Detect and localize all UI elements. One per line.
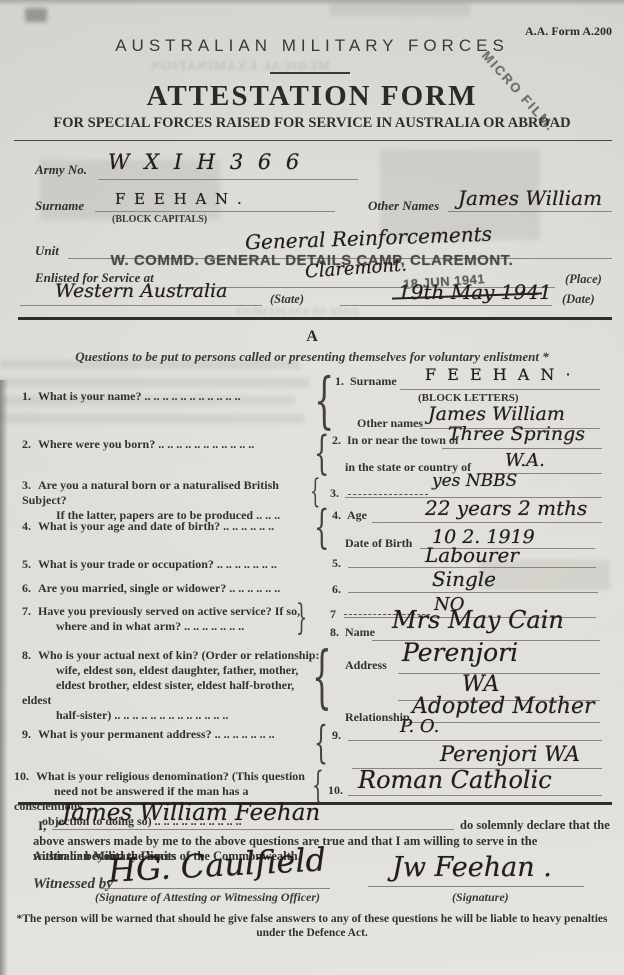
a3-number: 3. — [330, 486, 339, 501]
a10-value: Roman Catholic — [358, 766, 552, 794]
other-names-line — [448, 211, 612, 212]
title-divider — [270, 72, 350, 74]
recruit-signature-caption: (Signature) — [452, 890, 509, 905]
recruit-signature-line — [368, 886, 584, 887]
q3-number: 3. — [22, 478, 31, 492]
state-value: Western Australia — [55, 280, 227, 302]
q6-number: 6. — [22, 581, 31, 595]
question-9: 9. What is your permanent address? .. ..… — [22, 727, 312, 742]
footnote-line2: under the Defence Act. — [0, 926, 624, 941]
q8-number: 8. — [22, 648, 31, 662]
a8-address-value: Perenjori — [402, 638, 518, 667]
bleedthrough-blur — [0, 414, 305, 423]
a9-line1 — [348, 740, 602, 741]
a4-age-value: 22 years 2 mths — [425, 496, 587, 520]
bleedthrough-blur — [0, 378, 310, 387]
a8-name-value: Mrs May Cain — [392, 606, 564, 634]
question-7: 7. Have you previously served on active … — [22, 604, 302, 634]
q7-text-line2: where and in what arm? .. .. .. .. .. ..… — [56, 619, 244, 633]
section-a-intro: Questions to be put to persons called or… — [0, 349, 624, 365]
army-no-label: Army No. — [35, 162, 87, 178]
state-caption: (State) — [270, 292, 304, 307]
org-title: AUSTRALIAN MILITARY FORCES — [0, 36, 624, 56]
unit-value: General Reinforcements — [245, 222, 493, 255]
q2-number: 2. — [22, 437, 31, 451]
q10-text-line1: What is your religious denomination? (Th… — [36, 769, 305, 783]
answer-9-brace: { — [314, 718, 328, 769]
q8-text-line3: eldest brother, eldest sister, eldest ha… — [22, 678, 294, 707]
question-5: 5. What is your trade or occupation? .. … — [22, 557, 312, 572]
q2-dots: .. .. .. .. .. .. .. .. .. .. .. — [158, 437, 254, 451]
answer-4-brace: { — [314, 501, 329, 555]
q1-dots: .. .. .. .. .. .. .. .. .. .. .. — [144, 389, 240, 403]
q4-number: 4. — [22, 519, 31, 533]
ink-mark — [25, 8, 47, 22]
a9-value2: Perenjori WA — [440, 742, 580, 766]
bleedthrough-blur — [330, 2, 470, 16]
q6-dots: .. .. .. .. .. .. — [229, 581, 280, 595]
section-a-heading: A — [0, 328, 624, 346]
q10-number: 10. — [14, 769, 29, 783]
scan-edge-top — [0, 0, 624, 6]
a5-value: Labourer — [425, 543, 519, 567]
a6-line — [348, 592, 598, 593]
a6-value: Single — [432, 567, 496, 591]
surname-label: Surname — [35, 198, 84, 214]
recruit-signature: Jw Feehan . — [392, 852, 552, 883]
q4-dots: .. .. .. .. .. .. — [223, 519, 274, 533]
a8-address-label: Address — [345, 658, 387, 673]
other-names-value: James William — [458, 186, 602, 210]
declaration-name-line — [52, 829, 454, 830]
scan-edge-left — [0, 380, 8, 975]
question-1: 1. What is your name? .. .. .. .. .. .. … — [22, 389, 312, 404]
q7-text-line1: Have you previously served on active ser… — [38, 604, 300, 618]
a2-town-line — [442, 448, 602, 449]
a1-other-label: Other names — [357, 416, 423, 431]
a10-line — [348, 795, 602, 796]
a10-number: 10. — [328, 783, 343, 798]
a4-age-label: 4. Age — [332, 508, 367, 523]
a4-dob-label: Date of Birth — [345, 536, 412, 551]
a1-surname-line — [400, 389, 600, 390]
a9-number: 9. — [332, 728, 341, 743]
question-7-brace: } — [296, 596, 307, 638]
place-caption: (Place) — [565, 272, 602, 287]
answer-8-brace: { — [312, 636, 332, 716]
surname-value: F E E H A N . — [115, 190, 244, 208]
a2-town-label: 2. In or near the town of — [332, 433, 459, 448]
section-divider — [18, 317, 612, 320]
a1-other-value: James William — [428, 403, 565, 425]
q9-dots: .. .. .. .. .. .. .. — [215, 727, 275, 741]
q9-number: 9. — [22, 727, 31, 741]
a6-number: 6. — [332, 582, 341, 597]
surname-caption: (BLOCK CAPITALS) — [112, 214, 207, 225]
q8-text-line2: wife, eldest son, eldest daughter, fathe… — [56, 663, 298, 677]
a3-value: yes NBBS — [432, 471, 517, 491]
q8-text-line4: half-sister) .. .. .. .. .. .. .. .. .. … — [56, 708, 228, 722]
q5-text: What is your trade or occupation? — [38, 557, 214, 571]
a8-relationship-value: Adopted Mother — [412, 694, 595, 719]
a8-name-label: 8. Name — [330, 625, 375, 640]
question-6: 6. Are you married, single or widower? .… — [22, 581, 312, 596]
a7-number: 7 — [330, 607, 336, 622]
date-caption: (Date) — [562, 292, 595, 307]
page-subtitle: FOR SPECIAL FORCES RAISED FOR SERVICE IN… — [0, 115, 624, 132]
a1-surname-value: F E E H A N · — [425, 365, 574, 384]
a9-value1: P. O. — [400, 716, 439, 737]
declaration-line1: do solemnly declare that the — [460, 818, 610, 833]
question-4: 4. What is your age and date of birth? .… — [22, 519, 312, 534]
q5-number: 5. — [22, 557, 31, 571]
date-line — [340, 305, 552, 306]
a4-age-line — [372, 522, 602, 523]
q9-text: What is your permanent address? — [38, 727, 212, 741]
q3-text-line1: Are you a natural born or a naturalised … — [22, 478, 279, 507]
a2-town-value: Three Springs — [448, 423, 585, 445]
header-rule — [14, 140, 612, 141]
q6-text: Are you married, single or widower? — [38, 581, 226, 595]
q8-text-line1: Who is your actual next of kin? (Order o… — [38, 648, 319, 662]
declaration-name-handwritten: James William Feehan — [62, 800, 320, 826]
a5-number: 5. — [332, 556, 341, 571]
other-names-label: Other Names — [368, 198, 439, 214]
a3-dash — [348, 494, 428, 495]
army-no-value: W X I H 3 6 6 — [108, 150, 303, 174]
answer-1-brace: { — [314, 364, 334, 435]
a2-state-value: W.A. — [505, 450, 545, 471]
q1-number: 1. — [22, 389, 31, 403]
q5-dots: .. .. .. .. .. .. .. — [217, 557, 277, 571]
attestation-form-page: MEDICAL EXAMINATION DATE OF ENLISTMENT A… — [0, 0, 624, 975]
q4-text: What is your age and date of birth? — [38, 519, 220, 533]
page-title: ATTESTATION FORM — [0, 80, 624, 113]
question-2: 2. Where were you born? .. .. .. .. .. .… — [22, 437, 312, 452]
q1-text: What is your name? — [38, 389, 141, 403]
declaration-i-label: I, — [38, 818, 46, 834]
question-3: 3. Are you a natural born or a naturalis… — [22, 478, 322, 523]
q2-text: Where were you born? — [38, 437, 155, 451]
footnote-line1: *The person will be warned that should h… — [0, 912, 624, 927]
question-8: 8. Who is your actual next of kin? (Orde… — [22, 648, 322, 723]
witness-signature-caption: (Signature of Attesting or Witnessing Of… — [95, 890, 320, 905]
q7-number: 7. — [22, 604, 31, 618]
a1-surname-label: 1. Surname — [335, 374, 397, 389]
witness-signature-line — [100, 888, 330, 889]
state-line — [20, 305, 262, 306]
surname-line — [95, 211, 335, 212]
army-no-line — [98, 179, 358, 180]
